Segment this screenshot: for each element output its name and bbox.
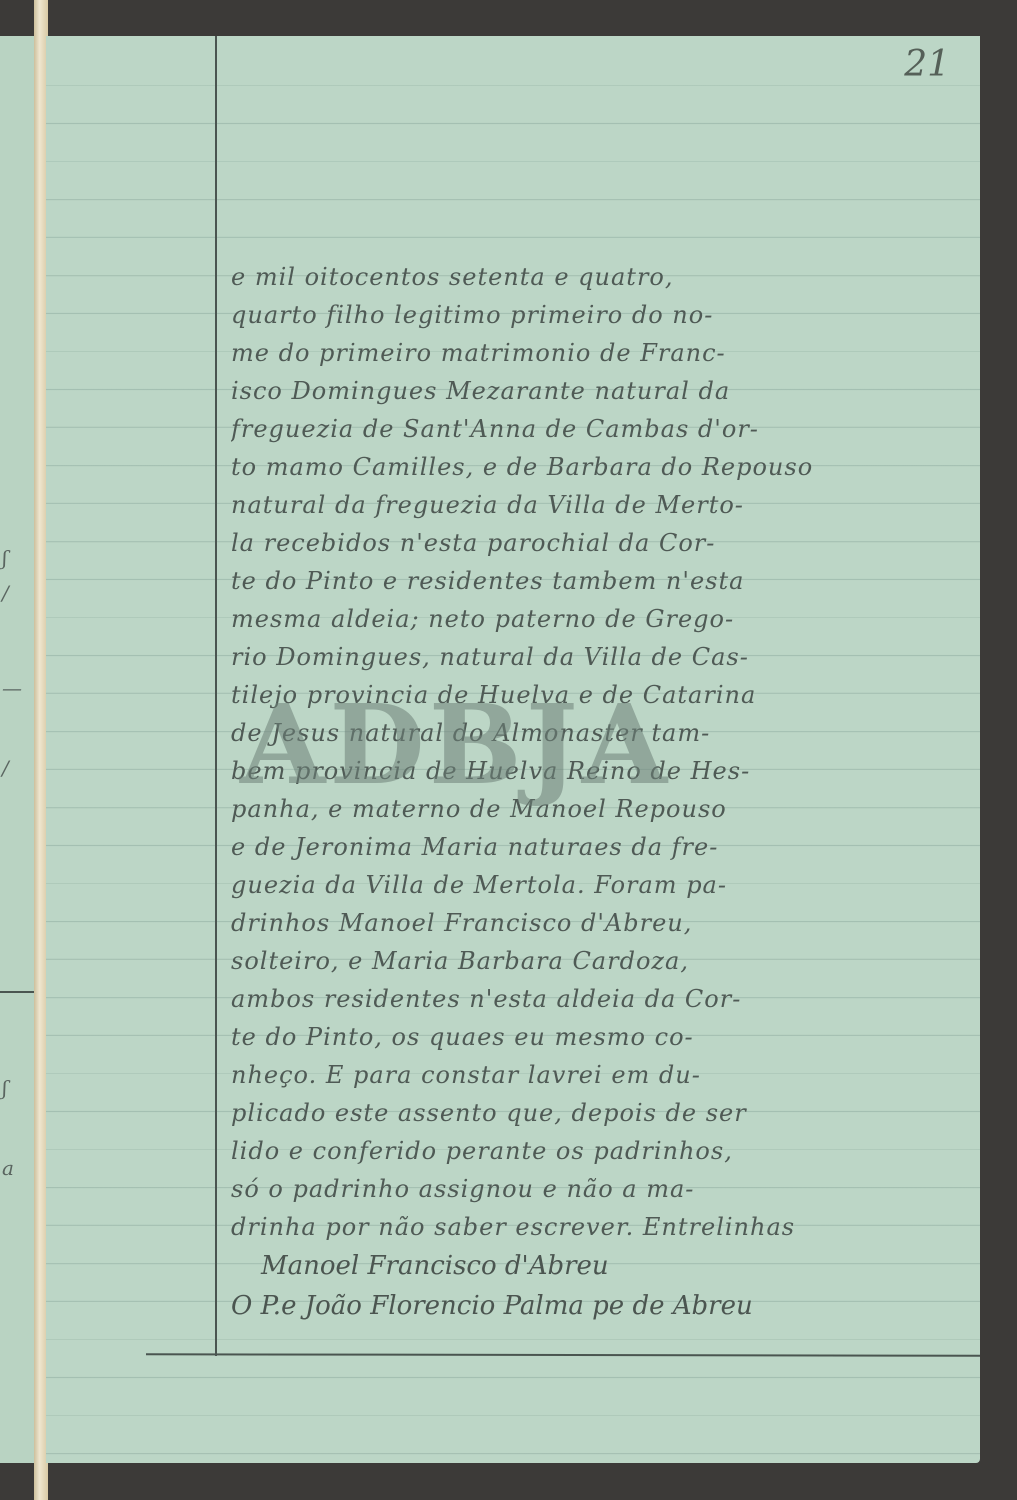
text-line: natural da freguezia da Villa de Merto- — [231, 486, 971, 524]
margin-line — [215, 36, 217, 1356]
priest-signature: O P.e João Florencio Palma pe de Abreu — [231, 1286, 971, 1326]
text-line: lido e conferido perante os padrinhos, — [231, 1132, 971, 1170]
text-line: isco Domingues Mezarante natural da — [231, 372, 971, 410]
text-line: me do primeiro matrimonio de Franc- — [231, 334, 971, 372]
bottom-rule — [146, 1353, 980, 1356]
text-line: plicado este assento que, depois de ser — [231, 1094, 971, 1132]
text-line: quarto filho legitimo primeiro do no- — [231, 296, 971, 334]
archive-watermark: ADBJA — [240, 680, 671, 809]
previous-page-fragment: a — [2, 1156, 14, 1180]
previous-page-fragment: ʃ — [2, 1076, 7, 1100]
text-line: ambos residentes n'esta aldeia da Cor- — [231, 980, 971, 1018]
previous-page-fragment: / — [2, 756, 9, 780]
text-line: la recebidos n'esta parochial da Cor- — [231, 524, 971, 562]
godfather-signature: Manoel Francisco d'Abreu — [231, 1246, 971, 1286]
text-line: mesma aldeia; neto paterno de Grego- — [231, 600, 971, 638]
text-line: te do Pinto e residentes tambem n'esta — [231, 562, 971, 600]
text-line: e mil oitocentos setenta e quatro, — [231, 258, 971, 296]
text-line: rio Domingues, natural da Villa de Cas- — [231, 638, 971, 676]
text-line: nheço. E para constar lavrei em du- — [231, 1056, 971, 1094]
page-number: 21 — [904, 44, 950, 85]
text-line: to mamo Camilles, e de Barbara do Repous… — [231, 448, 971, 486]
text-line: te do Pinto, os quaes eu mesmo co- — [231, 1018, 971, 1056]
previous-page-fragment: / — [2, 581, 9, 605]
text-line: guezia da Villa de Mertola. Foram pa- — [231, 866, 971, 904]
text-line: drinhos Manoel Francisco d'Abreu, — [231, 904, 971, 942]
text-line: e de Jeronima Maria naturaes da fre- — [231, 828, 971, 866]
text-line: solteiro, e Maria Barbara Cardoza, — [231, 942, 971, 980]
text-line: drinha por não saber escrever. Entrelinh… — [231, 1208, 971, 1246]
text-line: freguezia de Sant'Anna de Cambas d'or- — [231, 410, 971, 448]
previous-page-fragment: ʃ — [2, 546, 7, 570]
text-line: só o padrinho assignou e não a ma- — [231, 1170, 971, 1208]
previous-page-fragment: — — [2, 676, 22, 700]
